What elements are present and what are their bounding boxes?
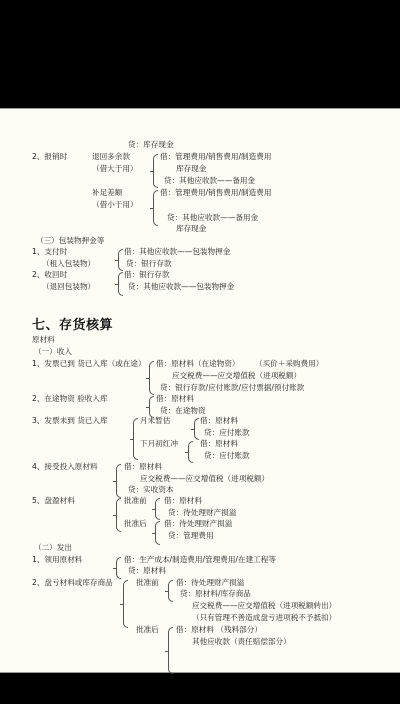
debit-line: 借：原材料: [124, 462, 162, 471]
case-title: 批准前: [136, 578, 159, 587]
brace: [155, 498, 160, 520]
credit-line: 贷：在途物资: [160, 406, 206, 415]
credit-line: 贷：应付账款: [204, 428, 250, 437]
entry-label: 1、发票已到 货已入库（或在途）: [32, 359, 146, 368]
case-a-title: 退回多余款: [92, 152, 130, 161]
section-heading: （一）收入: [34, 347, 72, 356]
entry-label: 2、盘亏材料或库存商品: [32, 578, 113, 587]
brace: [118, 272, 123, 296]
credit-line: 贷：应付账款: [204, 451, 250, 460]
case-title: 批准后: [136, 625, 159, 634]
credit-line: 贷：原材料/库存商品: [180, 589, 251, 598]
credit-line: 贷：管理费用: [168, 531, 214, 540]
pay-label: 1、支付时: [32, 247, 67, 256]
credit-line: 贷：银行存款: [126, 259, 172, 268]
credit-line: 贷：其他应收款——备用金: [167, 213, 258, 222]
pay-sub: （租入包装物）: [42, 259, 95, 268]
brace: [168, 580, 173, 602]
debit-line: 借：管理费用/销售费用/制造费用: [160, 152, 271, 161]
debit-line: 借：原材料: [156, 394, 194, 403]
debit-line: 应交税费——应交增值税（进项税额）: [140, 474, 269, 483]
brace: [123, 580, 128, 628]
debit-line: 借：原材料: [164, 496, 202, 505]
note: （买价＋采购费用）: [255, 359, 323, 368]
brace: [116, 557, 121, 579]
credit-line: 贷：银行存款/应付账款/应付票据/预付账款: [160, 383, 304, 392]
note: （只有管理不善造成盘亏进项税不予抵扣）: [192, 613, 336, 622]
case-a-sub: （借大于用）: [92, 164, 138, 173]
brace: [118, 249, 123, 271]
case-b-title: 补足差额: [92, 188, 122, 197]
credit-line: 应交税费——应交增值税（进项税额转出）: [192, 601, 336, 610]
debit-line: 库存现金: [176, 164, 206, 173]
brace: [116, 498, 121, 532]
section-title: 七、存货核算: [32, 314, 113, 333]
entry-label: 3、发票未到 货已入库: [32, 416, 108, 425]
entry-label: 4、接受投入原材料: [32, 462, 98, 471]
case-title: 下月初红冲: [140, 439, 178, 448]
recover-label: 2、收回时: [32, 270, 67, 279]
debit-line: 借：银行存款: [124, 270, 170, 279]
debit-line: 其他应收款（责任赔偿部分）: [192, 637, 291, 646]
credit-line: 库存现金: [176, 224, 206, 233]
credit-line: 贷：库存现金: [128, 140, 174, 149]
case-title: 批准后: [124, 519, 147, 528]
subsection-label: 原材料: [32, 335, 55, 344]
brace: [188, 441, 193, 463]
debit-line: 借：其他应收款——包装物押金: [124, 247, 230, 256]
case-title: 月末暂估: [140, 416, 170, 425]
entry-label: 1、领用原材料: [32, 555, 82, 564]
debit-line: 应交税费——应交增值税（进项税额）: [172, 371, 301, 380]
credit-line: 贷：实收资本: [128, 485, 174, 494]
entry-label: 5、盘盈材料: [32, 496, 75, 505]
section-heading: （三）包装物押金等: [36, 236, 104, 245]
brace: [153, 154, 158, 188]
reimburse-label: 2、报销时: [32, 152, 67, 161]
brace: [149, 361, 154, 395]
case-title: 批准前: [124, 496, 147, 505]
debit-line: 借：待处理财产损溢: [164, 519, 232, 528]
document-page: 贷：库存现金 2、报销时 退回多余款 （借大于用） 借：管理费用/销售费用/制造…: [0, 108, 400, 673]
debit-line: 借：管理费用/销售费用/制造费用: [160, 188, 271, 197]
recover-sub: （退回包装物）: [42, 282, 95, 291]
case-b-sub: （借小于用）: [92, 200, 138, 209]
entry-label: 2、在途物资 验收入库: [32, 394, 108, 403]
credit-line: 贷：原材料: [128, 566, 166, 575]
brace: [116, 464, 121, 498]
debit-line: 借：原材料 （残料部分）: [176, 625, 262, 634]
brace: [133, 418, 138, 460]
brace: [194, 418, 199, 440]
debit-line: 借：原材料: [200, 416, 238, 425]
credit-line: 贷：待处理财产损溢: [168, 508, 236, 517]
debit-line: 借：生产成本/制造费用/管理费用/在建工程等: [124, 555, 276, 564]
debit-line: 借：原材料（在途物资）: [156, 359, 240, 368]
credit-line: 贷：其他应收款——备用金: [164, 176, 255, 185]
credit-line: 贷：其他应收款——包装物押金: [128, 282, 234, 291]
debit-line: 借：原材料: [200, 439, 238, 448]
debit-line: 借：待处理财产损溢: [176, 578, 244, 587]
brace: [168, 627, 173, 674]
brace: [149, 396, 154, 418]
section-heading: （二）发出: [34, 543, 72, 552]
brace: [153, 190, 158, 226]
brace: [155, 521, 160, 545]
